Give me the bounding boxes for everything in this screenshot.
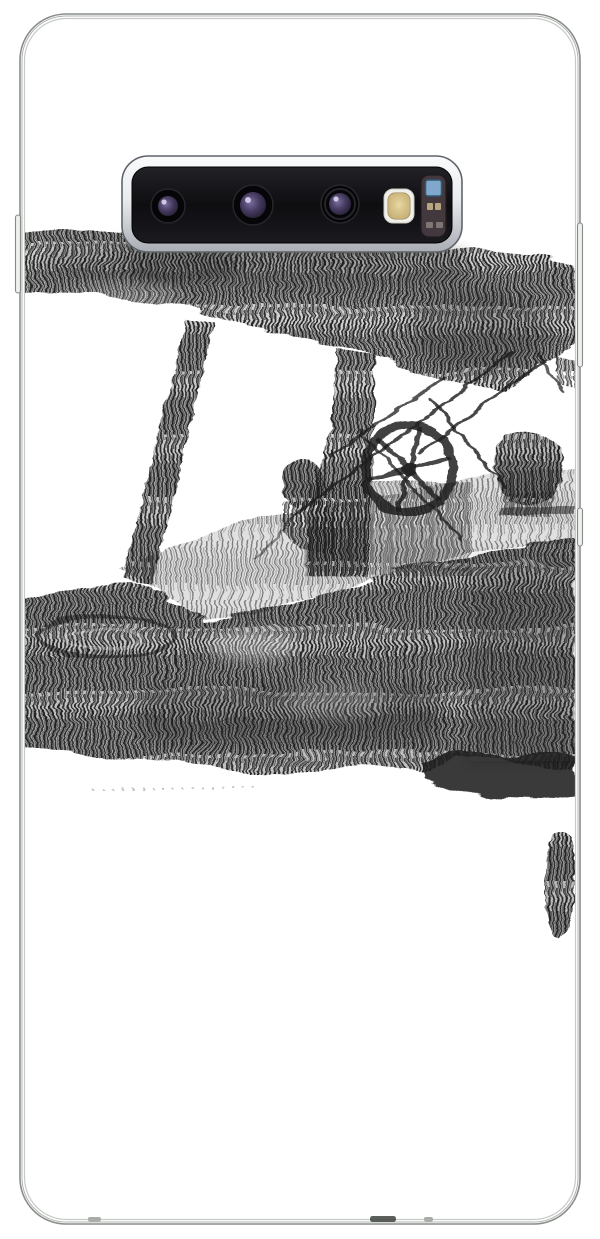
lens-glint [245,197,251,203]
camera-lens-2 [233,185,273,225]
usb-cutout [370,1216,396,1222]
sensor-led-left [427,203,433,210]
sensor-led-right [435,203,441,210]
speaker-cutout [424,1217,433,1222]
lens-glint [161,199,166,204]
lens-glint [333,196,338,201]
left-button [16,215,21,293]
sensor-window [426,180,442,196]
camera-lens-1 [151,189,185,223]
led-flash [384,189,414,223]
phone-case-image [0,0,600,1239]
wing-edge-patch [556,356,576,389]
sensor-segment-right [436,222,443,228]
mic-cutout [88,1217,101,1222]
sensor-segment-left [426,222,433,228]
heart-rate-sensor [421,175,446,237]
right-power-button [578,508,583,546]
camera-lens-3 [321,185,359,223]
product-photo [0,0,600,1239]
right-volume-button [578,223,583,367]
camera-module [122,156,462,252]
